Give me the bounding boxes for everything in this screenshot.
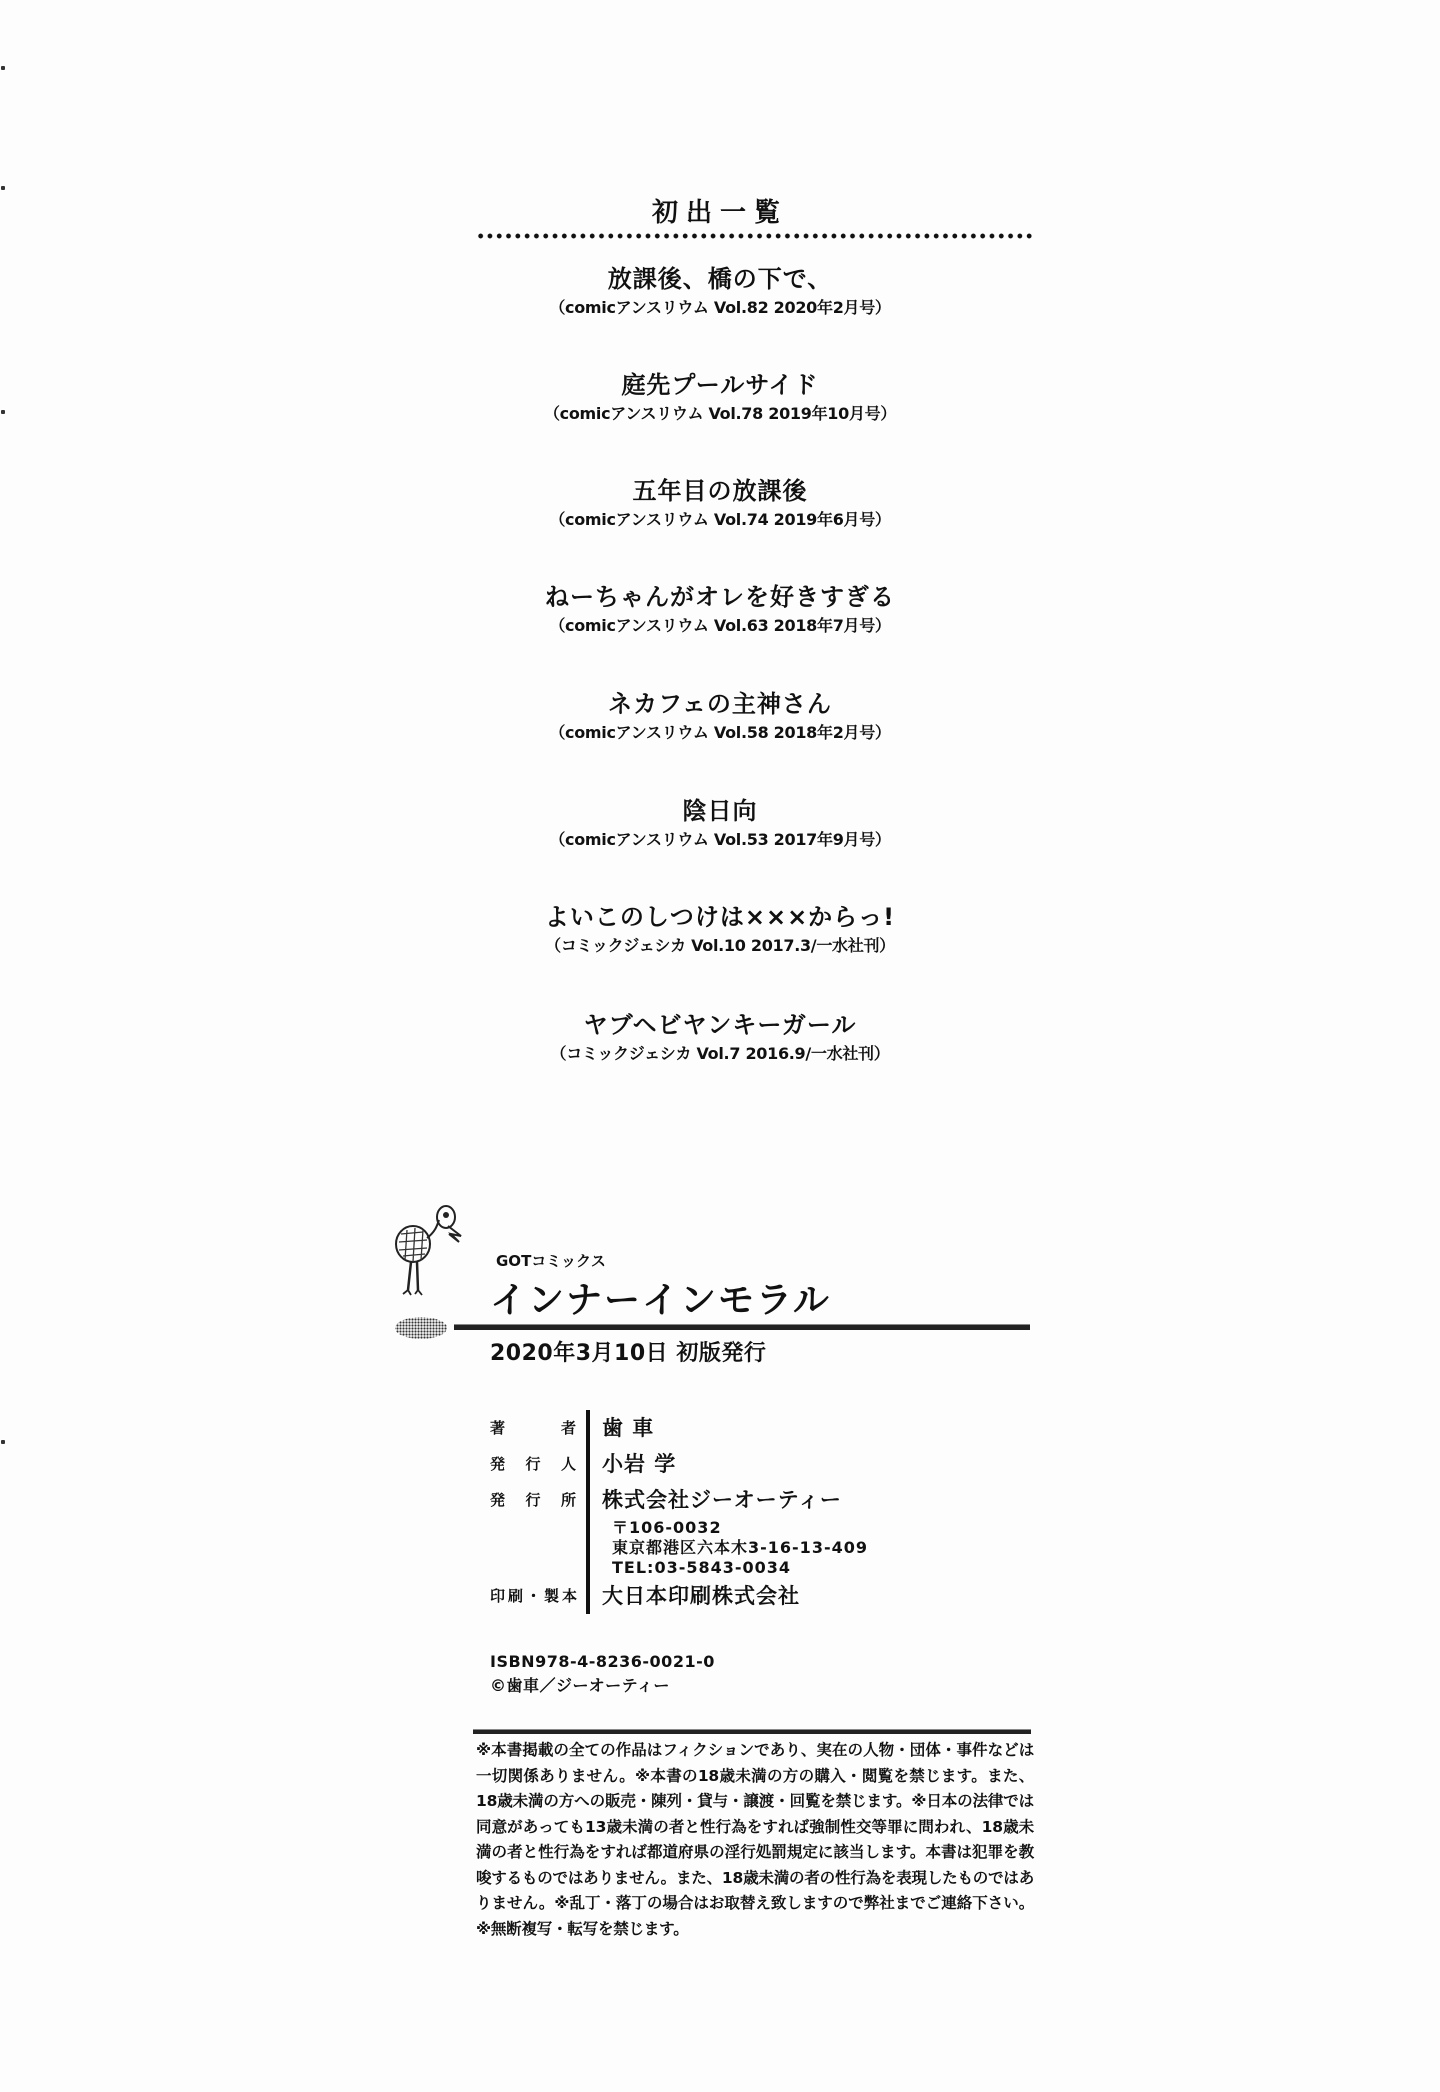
scan-mark: [1, 66, 5, 70]
credit-printer: 印刷・製本 大日本印刷株式会社: [490, 1578, 1010, 1614]
work-title: 庭先プールサイド: [0, 368, 1440, 402]
work-entry: よいこのしつけは×××からっ! （コミックジェシカ Vol.10 2017.3/…: [0, 900, 1440, 958]
credit-divider: [586, 1410, 590, 1446]
credit-value: 大日本印刷株式会社: [602, 1578, 800, 1614]
work-source: （コミックジェシカ Vol.7 2016.9/一水社刊）: [0, 1042, 1440, 1066]
series-label: GOTコミックス: [496, 1250, 606, 1271]
legal-rule: [473, 1729, 1031, 1734]
work-source: （コミックジェシカ Vol.10 2017.3/一水社刊）: [0, 934, 1440, 958]
work-title: ねーちゃんがオレを好きすぎる: [0, 580, 1440, 614]
credit-value: 小岩 学: [602, 1446, 676, 1482]
work-entry: 陰日向 （comicアンスリウム Vol.53 2017年9月号）: [0, 794, 1440, 852]
scan-mark: [1, 1440, 5, 1444]
credit-author: 著 者 歯 車: [490, 1410, 1010, 1446]
work-title: ヤブヘビヤンキーガール: [0, 1008, 1440, 1042]
credit-divider: [586, 1446, 590, 1482]
work-title: 放課後、橋の下で、: [0, 262, 1440, 296]
credit-publisher-person: 発行人 小岩 学: [490, 1446, 1010, 1482]
credit-label: 発行所: [490, 1482, 586, 1518]
telephone: TEL:03-5843-0034: [602, 1558, 868, 1578]
work-title: 五年目の放課後: [0, 474, 1440, 508]
first-appearance-heading: 初出一覧: [0, 192, 1440, 229]
credit-label: 著 者: [490, 1410, 586, 1446]
book-title: インナーインモラル: [490, 1272, 831, 1323]
credit-label: 印刷・製本: [490, 1578, 586, 1614]
credit-divider: [586, 1578, 590, 1614]
credits-block: 著 者 歯 車 発行人 小岩 学 発行所 株式会社ジーオーティー 〒106-00…: [490, 1410, 1010, 1614]
publication-date: 2020年3月10日 初版発行: [490, 1336, 766, 1367]
scan-mark: [1, 186, 5, 190]
credit-value: 歯 車: [602, 1410, 654, 1446]
work-entry: ヤブヘビヤンキーガール （コミックジェシカ Vol.7 2016.9/一水社刊）: [0, 1008, 1440, 1066]
work-source: （comicアンスリウム Vol.74 2019年6月号）: [0, 508, 1440, 532]
credit-value: 株式会社ジーオーティー: [602, 1482, 868, 1518]
work-title: ネカフェの主神さん: [0, 687, 1440, 721]
work-title: よいこのしつけは×××からっ!: [0, 900, 1440, 934]
isbn-block: ISBN978-4-8236-0021-0 ©歯車／ジーオーティー: [490, 1650, 715, 1698]
work-entry: ねーちゃんがオレを好きすぎる （comicアンスリウム Vol.63 2018年…: [0, 580, 1440, 638]
work-title: 陰日向: [0, 794, 1440, 828]
work-entry: 五年目の放課後 （comicアンスリウム Vol.74 2019年6月号）: [0, 474, 1440, 532]
work-source: （comicアンスリウム Vol.82 2020年2月号）: [0, 296, 1440, 320]
dotted-divider: [476, 232, 1034, 240]
work-entry: ネカフェの主神さん （comicアンスリウム Vol.58 2018年2月号）: [0, 687, 1440, 745]
credit-publisher-company: 発行所 株式会社ジーオーティー 〒106-0032 東京都港区六本木3-16-1…: [490, 1482, 1010, 1578]
street-address: 東京都港区六本木3-16-13-409: [602, 1538, 868, 1558]
work-source: （comicアンスリウム Vol.53 2017年9月号）: [0, 828, 1440, 852]
title-rule: [454, 1324, 1030, 1330]
credit-label: 発行人: [490, 1446, 586, 1482]
copyright: ©歯車／ジーオーティー: [490, 1674, 715, 1698]
work-entry: 放課後、橋の下で、 （comicアンスリウム Vol.82 2020年2月号）: [0, 262, 1440, 320]
work-source: （comicアンスリウム Vol.78 2019年10月号）: [0, 402, 1440, 426]
postal-code: 〒106-0032: [602, 1518, 868, 1538]
isbn: ISBN978-4-8236-0021-0: [490, 1650, 715, 1674]
work-entry: 庭先プールサイド （comicアンスリウム Vol.78 2019年10月号）: [0, 368, 1440, 426]
work-source: （comicアンスリウム Vol.58 2018年2月号）: [0, 721, 1440, 745]
legal-notice: ※本書掲載の全ての作品はフィクションであり、実在の人物・団体・事件などは一切関係…: [476, 1738, 1034, 1942]
work-source: （comicアンスリウム Vol.63 2018年7月号）: [0, 614, 1440, 638]
credit-divider: [586, 1482, 590, 1578]
